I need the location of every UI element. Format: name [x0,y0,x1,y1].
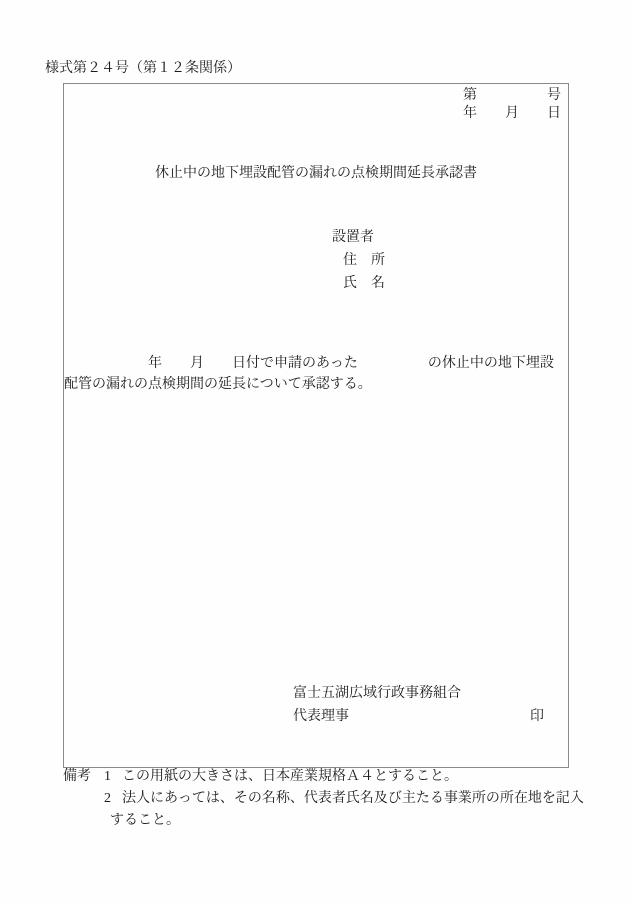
remarks-item-2-continuation: すること。 [110,813,180,829]
approval-body-line-2: 配管の漏れの点検期間の延長について承認する。 [64,377,372,393]
remarks-label: 備考 [63,769,91,785]
document-page: 様式第２４号（第１２条関係） 第 号 年 月 日 休止中の地下埋設配管の漏れの点… [0,0,630,903]
representative-title-label: 代表理事 [293,709,349,725]
remarks-item-1-text: この用紙の大きさは、日本産業規格Ａ４とすること。 [122,769,458,785]
approval-body-line-1: 年 月 日付で申請のあった の休止中の地下埋設 [64,356,554,372]
approval-form-border-box [63,83,569,768]
remarks-item-2-number: 2 [104,791,111,807]
remarks-item-1-number: 1 [104,769,111,785]
remarks-item-2-text: 法人にあっては、その名称、代表者氏名及び主たる事業所の所在地を記入 [122,791,584,807]
form-number-label: 様式第２４号（第１２条関係） [45,61,241,77]
seal-mark: 印 [530,709,544,725]
document-title: 休止中の地下埋設配管の漏れの点検期間延長承認書 [63,166,569,182]
installer-address-label: 住 所 [343,253,385,269]
issuing-organization-name: 富士五湖広域行政事務組合 [293,686,461,702]
installer-name-label: 氏 名 [343,276,385,292]
installer-label: 設置者 [332,230,374,246]
date-blank-line: 年 月 日 [463,106,561,122]
document-number-blank-line: 第 号 [463,88,561,104]
